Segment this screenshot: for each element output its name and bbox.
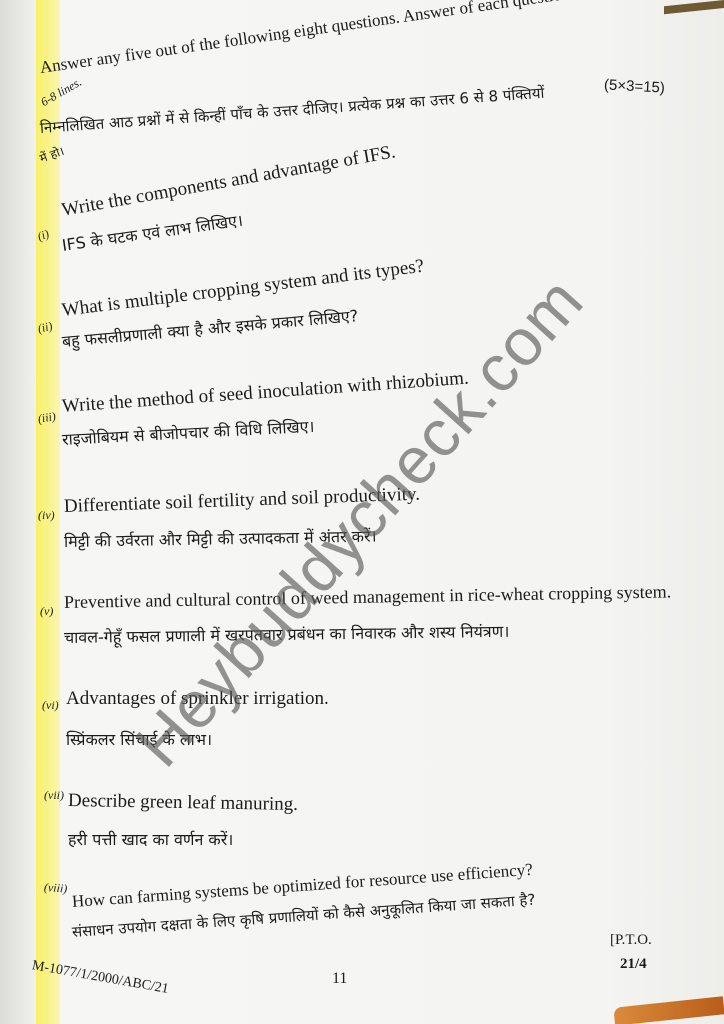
- question-number: (v): [40, 604, 53, 619]
- page-corner-top-right: [664, 0, 724, 14]
- question-3-hindi: राइजोबियम से बीजोपचार की विधि लिखिए।: [61, 415, 315, 450]
- question-number: (vii): [44, 788, 64, 803]
- question-number: (iv): [38, 508, 55, 523]
- page-number: 11: [332, 970, 347, 988]
- question-number: (viii): [43, 880, 67, 897]
- exam-page: Answer any five out of the following eig…: [0, 0, 724, 1024]
- marks-allocation: (5×3=15): [604, 76, 666, 96]
- question-7-hindi: हरी पत्ती खाद का वर्णन करें।: [68, 828, 233, 850]
- question-number: (vi): [42, 698, 59, 713]
- page-corner-bottom-right: [613, 996, 724, 1024]
- page-fold-shadow: [0, 0, 36, 1024]
- instructions-hindi-line1: निम्नलिखित आठ प्रश्नों में से किन्हीं पा…: [39, 83, 545, 138]
- question-number: (iii): [37, 409, 57, 427]
- sheet-number: 21/4: [620, 956, 647, 973]
- instructions-english-line1: Answer any five out of the following eig…: [39, 0, 658, 78]
- question-5-english: Preventive and cultural control of weed …: [64, 581, 672, 613]
- question-7-english: Describe green leaf manuring.: [68, 790, 298, 816]
- question-2-english: What is multiple cropping system and its…: [61, 256, 426, 322]
- pto-label: [P.T.O.: [610, 932, 652, 949]
